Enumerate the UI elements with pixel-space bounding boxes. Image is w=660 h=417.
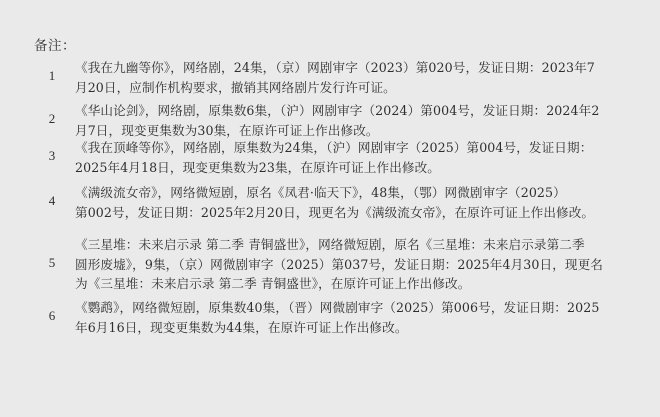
note-line: 月20日，应制作机构要求，撤销其网络剧片发行许可证。 [75,78,620,98]
note-number: 6 [45,308,59,324]
note-line: 第002号，发证日期：2025年2月20日，现更名为《满级流女帝》，在原许可证上… [75,203,620,223]
note-line: 《华山论剑》，网络剧，原集数6集，（沪）网剧审字（2024）第004号，发证日期… [75,101,620,121]
note-number: 1 [45,68,59,84]
note-line: 《我在九幽等你》，网络剧，24集，（京）网剧审字（2023）第020号，发证日期… [75,58,620,78]
note-text: 《三星堆：未来启示录 第二季 青铜盛世》，网络微短剧，原名《三星堆：未来启示录第… [75,235,620,294]
note-text: 《华山论剑》，网络剧，原集数6集，（沪）网剧审字（2024）第004号，发证日期… [75,101,620,140]
note-number: 5 [45,255,59,271]
note-line: 《三星堆：未来启示录 第二季 青铜盛世》，网络微短剧，原名《三星堆：未来启示录第… [75,235,620,255]
note-number: 2 [45,111,59,127]
note-line: 年6月16日，现变更集数为44集，在原许可证上作出修改。 [75,318,620,338]
note-line: 《我在顶峰等你》，网络剧，原集数为24集，（沪）网剧审字（2025）第004号，… [75,138,620,158]
note-line: 圆形废墟》，9集，（京）网微剧审字（2025）第037号，发证日期：2025年4… [75,255,620,275]
note-text: 《我在九幽等你》，网络剧，24集，（京）网剧审字（2023）第020号，发证日期… [75,58,620,97]
note-text: 《我在顶峰等你》，网络剧，原集数为24集，（沪）网剧审字（2025）第004号，… [75,138,620,177]
note-text: 《满级流女帝》，网络微短剧，原名《凤君·临天下》，48集，（鄂）网微剧审字（20… [75,183,620,222]
note-number: 4 [45,193,59,209]
note-line: 2025年4月18日，现变更集数为23集，在原许可证上作出修改。 [75,158,620,178]
note-line: 《鹦鹉》，网络微短剧，原集数40集，（晋）网微剧审字（2025）第006号，发证… [75,298,620,318]
note-number: 3 [45,148,59,164]
note-line: 为《三星堆：未来启示录 第二季 青铜盛世》，在原许可证上作出修改。 [75,274,620,294]
note-line: 《满级流女帝》，网络微短剧，原名《凤君·临天下》，48集，（鄂）网微剧审字（20… [75,183,620,203]
notes-heading: 备注： [34,34,76,54]
note-text: 《鹦鹉》，网络微短剧，原集数40集，（晋）网微剧审字（2025）第006号，发证… [75,298,620,337]
